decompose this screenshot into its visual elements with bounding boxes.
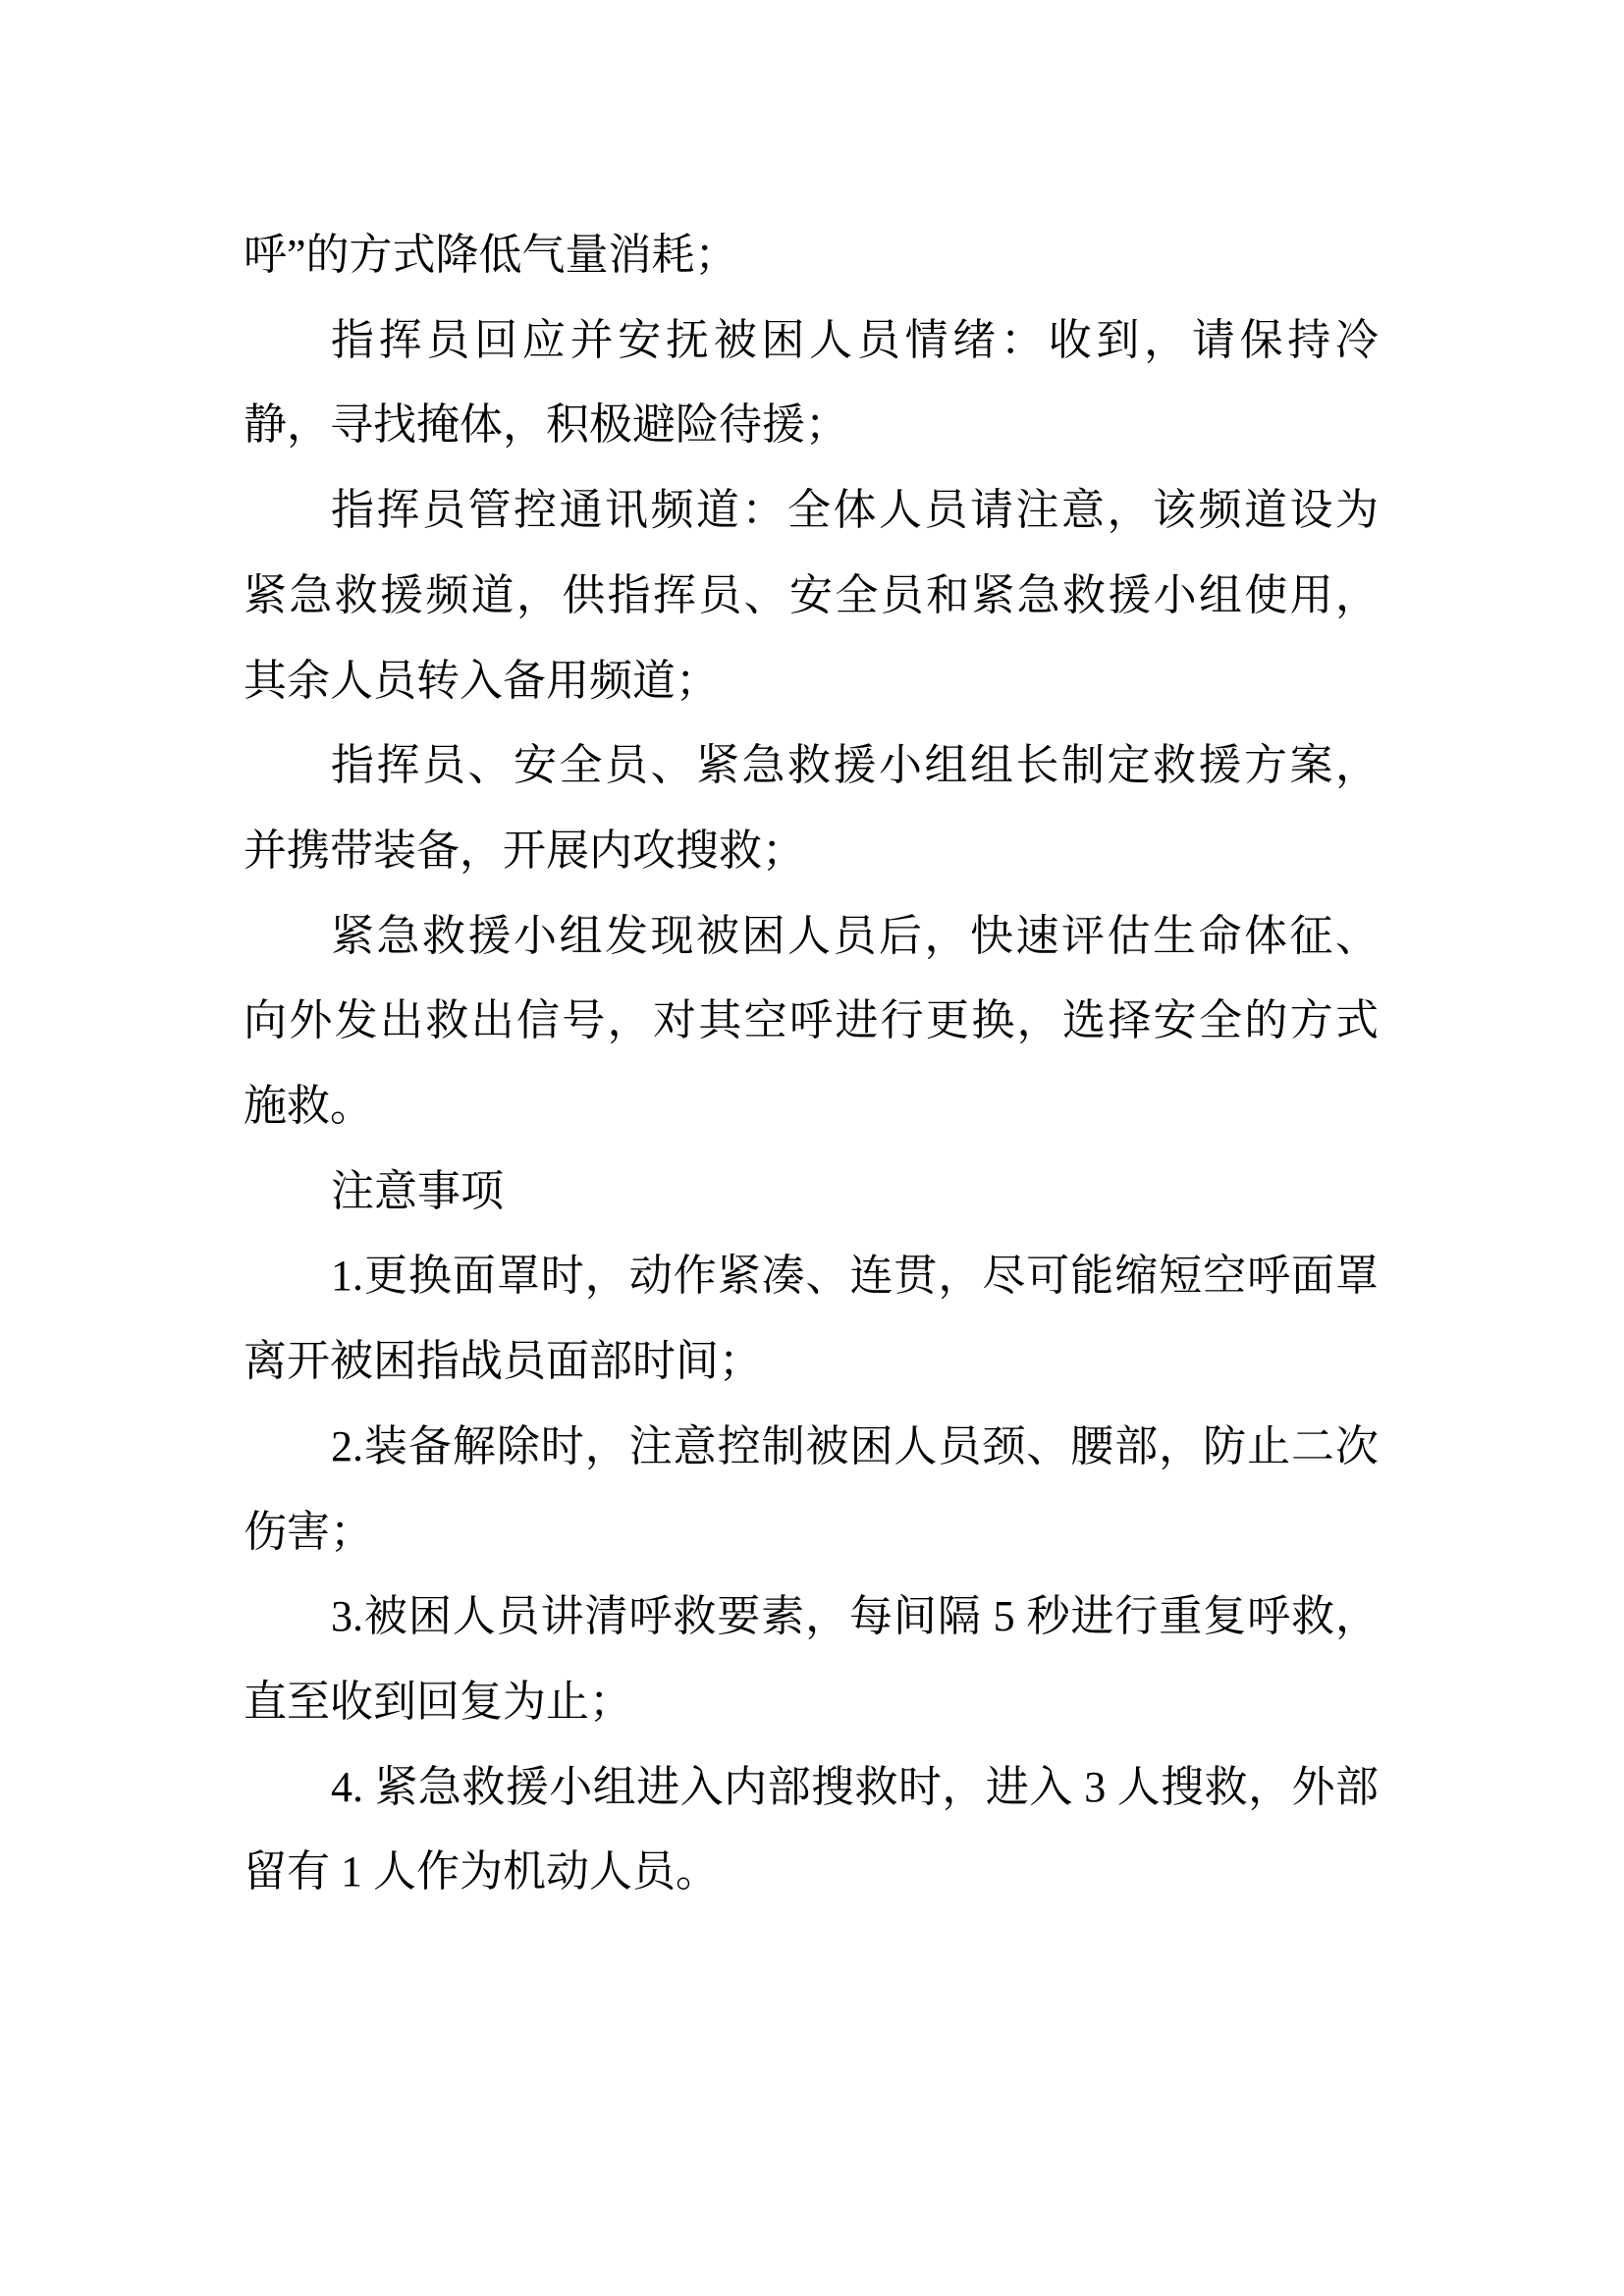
text-line: 留有 1 人作为机动人员。	[244, 1830, 1379, 1915]
paragraph: 呼”的方式降低气量消耗；	[244, 213, 1379, 298]
text-line: 并携带装备，开展内攻搜救；	[244, 809, 1379, 894]
text-line: 离开被困指战员面部时间；	[244, 1319, 1379, 1405]
text-line: 指挥员、安全员、紧急救援小组组长制定救援方案，	[244, 723, 1379, 809]
paragraph: 1.更换面罩时，动作紧凑、连贯，尽可能缩短空呼面罩离开被困指战员面部时间；	[244, 1234, 1379, 1404]
paragraph: 指挥员回应并安抚被困人员情绪：收到，请保持冷静，寻找掩体，积极避险待援；	[244, 298, 1379, 468]
paragraph: 紧急救援小组发现被困人员后，快速评估生命体征、向外发出救出信号，对其空呼进行更换…	[244, 894, 1379, 1149]
text-line: 其余人员转入备用频道；	[244, 639, 1379, 724]
paragraph: 2.装备解除时，注意控制被困人员颈、腰部，防止二次伤害；	[244, 1405, 1379, 1575]
text-line: 指挥员回应并安抚被困人员情绪：收到，请保持冷	[244, 298, 1379, 384]
text-line: 1.更换面罩时，动作紧凑、连贯，尽可能缩短空呼面罩	[244, 1234, 1379, 1319]
paragraph: 3.被困人员讲清呼救要素，每间隔 5 秒进行重复呼救，直至收到回复为止；	[244, 1575, 1379, 1744]
paragraph: 4. 紧急救援小组进入内部搜救时，进入 3 人搜救，外部留有 1 人作为机动人员…	[244, 1745, 1379, 1915]
text-line: 紧急救援小组发现被困人员后，快速评估生命体征、	[244, 894, 1379, 980]
text-line: 2.装备解除时，注意控制被困人员颈、腰部，防止二次	[244, 1405, 1379, 1490]
text-line: 直至收到回复为止；	[244, 1660, 1379, 1745]
text-line: 伤害；	[244, 1490, 1379, 1575]
text-line: 3.被困人员讲清呼救要素，每间隔 5 秒进行重复呼救，	[244, 1575, 1379, 1660]
text-line: 注意事项	[244, 1149, 1379, 1235]
paragraph: 指挥员管控通讯频道：全体人员请注意，该频道设为紧急救援频道，供指挥员、安全员和紧…	[244, 468, 1379, 723]
paragraph: 指挥员、安全员、紧急救援小组组长制定救援方案，并携带装备，开展内攻搜救；	[244, 723, 1379, 893]
text-line: 指挥员管控通讯频道：全体人员请注意，该频道设为	[244, 468, 1379, 554]
text-line: 4. 紧急救援小组进入内部搜救时，进入 3 人搜救，外部	[244, 1745, 1379, 1831]
document-page: 呼”的方式降低气量消耗；指挥员回应并安抚被困人员情绪：收到，请保持冷静，寻找掩体…	[0, 0, 1624, 2296]
paragraph: 注意事项	[244, 1149, 1379, 1235]
text-line: 紧急救援频道，供指挥员、安全员和紧急救援小组使用，	[244, 554, 1379, 639]
text-line: 静，寻找掩体，积极避险待援；	[244, 383, 1379, 468]
text-line: 呼”的方式降低气量消耗；	[244, 213, 1379, 298]
text-line: 向外发出救出信号，对其空呼进行更换，选择安全的方式	[244, 979, 1379, 1064]
document-body: 呼”的方式降低气量消耗；指挥员回应并安抚被困人员情绪：收到，请保持冷静，寻找掩体…	[0, 0, 1624, 2296]
text-line: 施救。	[244, 1064, 1379, 1149]
